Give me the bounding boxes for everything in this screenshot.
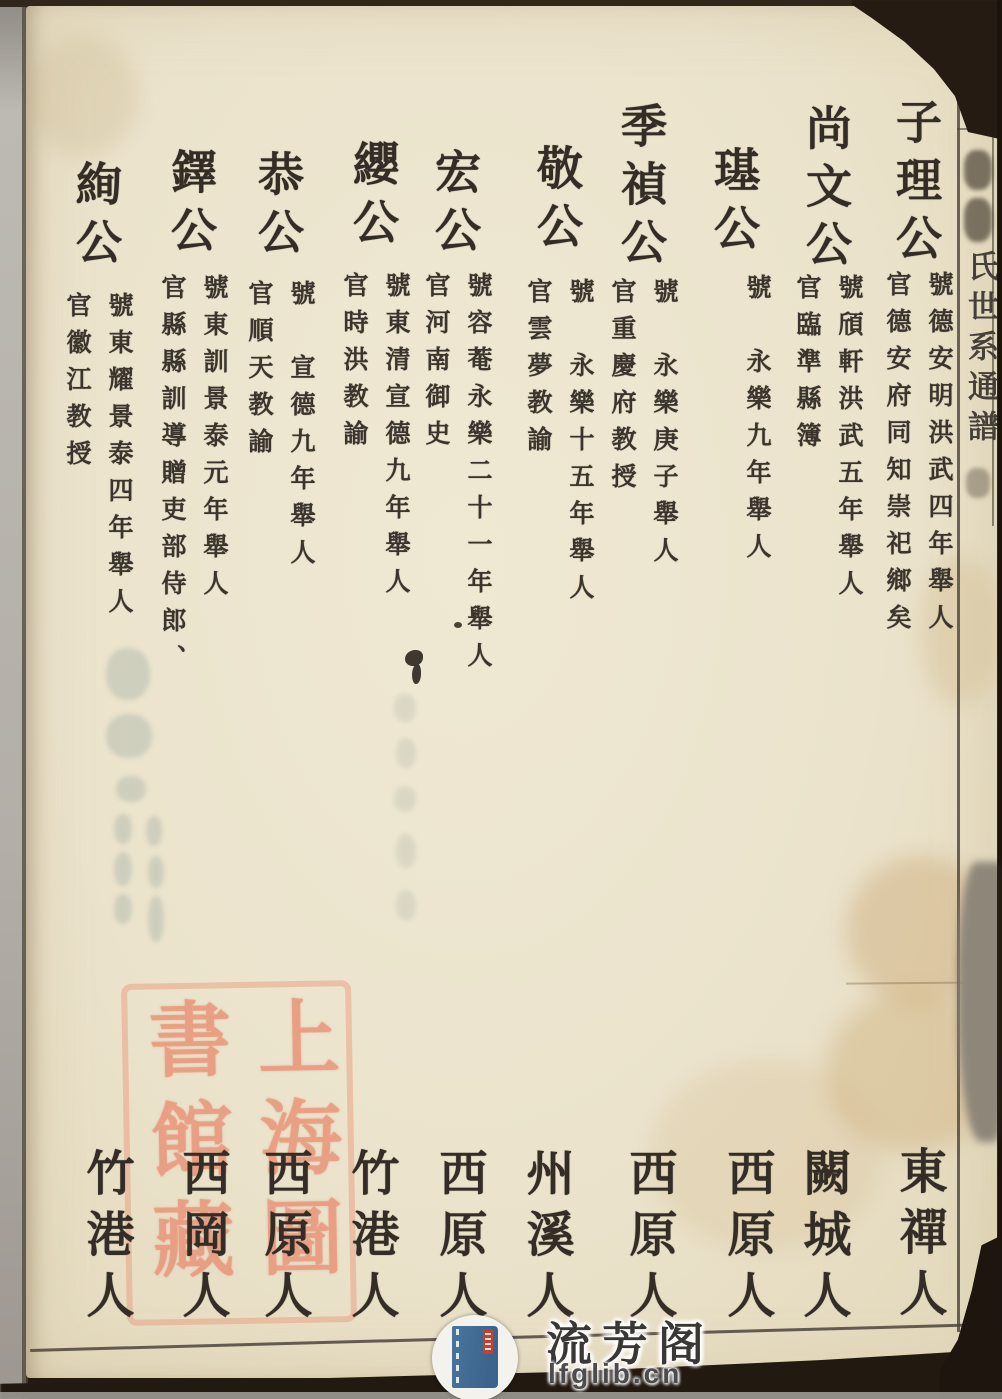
entry-note-right: 號 永樂九年舉人	[738, 274, 774, 570]
entry-note-left: 官德安府同知崇祀鄉矣	[878, 271, 914, 641]
entry-name: 季禎公	[607, 102, 673, 276]
entry-note-right: 號東訓景泰元年舉人	[195, 274, 231, 681]
entry-name: 子理公	[882, 98, 948, 272]
watermark-logo	[432, 1315, 518, 1399]
spine-worn-character	[964, 198, 992, 242]
entry-note-right: 號 宣德九年舉人	[282, 280, 318, 576]
entry-name: 鐸公	[157, 148, 223, 264]
entry-note-right: 號東耀景泰四年舉人	[100, 292, 136, 625]
entry-name: 宏公	[421, 148, 487, 264]
entry-name: 尚文公	[792, 104, 858, 278]
scan-right-edge	[997, 0, 1002, 1399]
origin-label: 州溪人	[509, 1148, 581, 1331]
entry-note-left: 官臨準縣簿	[788, 274, 824, 607]
entry-note-left: 官雲夢教諭	[519, 278, 555, 611]
spine-worn-character	[966, 468, 990, 498]
entry-note-left: 官時洪教諭	[335, 272, 371, 605]
book-title-label	[483, 1330, 493, 1354]
scan-bottom-edge-strip	[0, 1392, 1002, 1399]
entry-note-right: 號 永樂庚子舉人	[645, 278, 681, 574]
spine-title: 氏世系通譜	[960, 250, 998, 450]
entry-note-right: 號東清宣德九年舉人	[377, 272, 413, 605]
entry-note-right: 號頎軒洪武五年舉人	[830, 274, 866, 607]
origin-label: 西原人	[247, 1148, 319, 1331]
thread-bound-book-icon	[452, 1326, 498, 1388]
entry-note-right: 號德安明洪武四年舉人	[920, 271, 956, 641]
entry-note-right: 號 永樂十五年舉人	[561, 278, 597, 611]
origin-label: 東禪人	[882, 1146, 954, 1329]
entry-name: 恭公	[244, 150, 310, 266]
entry-note-left: 官縣縣訓導贈吏部侍郎、	[153, 274, 189, 681]
origin-label: 闕城人	[786, 1148, 858, 1331]
scanned-genealogy-page: 氏世系通譜 子理公 號德安明洪武四年舉人 官德安府同知崇祀鄉矣 尚文公 號頎軒洪…	[0, 0, 1002, 1399]
origin-label: 西原人	[422, 1148, 494, 1331]
bleedthrough-ghost-text	[66, 648, 176, 968]
library-seal: 上海圖 書館藏	[121, 980, 357, 1326]
spine-worn-character	[964, 150, 992, 190]
origin-label: 西原人	[612, 1148, 684, 1331]
book-stitch-marks	[456, 1329, 459, 1385]
entry-name: 敬公	[523, 144, 589, 260]
entry-note-left: 官徽江教授	[58, 292, 94, 625]
origin-label: 竹港人	[69, 1148, 141, 1331]
entry-name: 纓公	[339, 140, 405, 256]
entry-note-left: 官順天教諭	[240, 280, 276, 576]
entry-note-left: 官河南御史	[417, 272, 453, 679]
entry-note-right: 號容菴永樂二十一年舉人	[459, 272, 495, 679]
book-page: 氏世系通譜 子理公 號德安明洪武四年舉人 官德安府同知崇祀鄉矣 尚文公 號頎軒洪…	[26, 6, 998, 1378]
page-edge-shadow	[958, 862, 1002, 1142]
entry-note-left: 官重慶府教授	[603, 278, 639, 574]
entry-name: 絢公	[62, 160, 128, 276]
origin-label: 西原人	[710, 1148, 782, 1331]
bleedthrough-ghost-text	[388, 694, 428, 954]
entry-name: 璂公	[700, 146, 766, 262]
watermark-site-url: lfglib.cn	[548, 1358, 682, 1390]
origin-label: 竹港人	[334, 1148, 406, 1331]
origin-label: 西岡人	[165, 1148, 237, 1331]
stain	[28, 36, 138, 156]
